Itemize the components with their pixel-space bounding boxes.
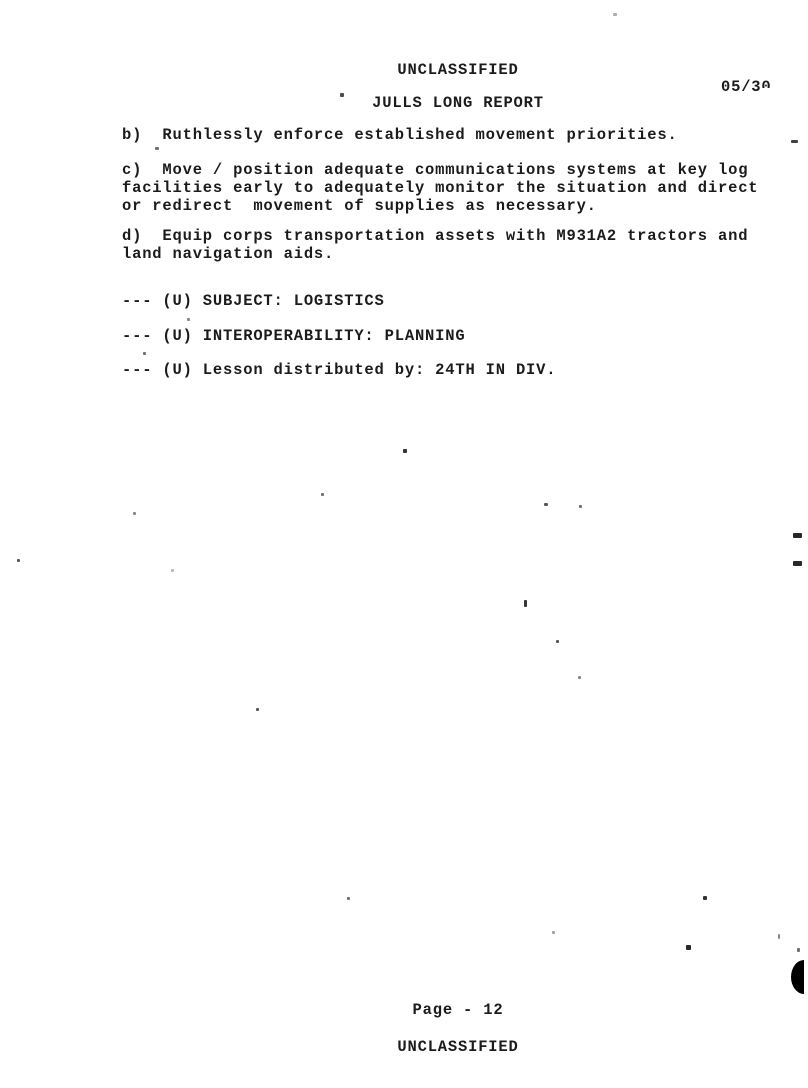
scan-speck: [791, 140, 798, 143]
scan-speck: [347, 897, 350, 900]
scan-speck: [579, 505, 582, 508]
scan-speck: [578, 676, 581, 679]
scan-speck: [524, 600, 527, 607]
scan-speck: [793, 561, 802, 566]
scan-speck: [703, 896, 707, 900]
scan-edge-blob-artifact: [791, 960, 804, 994]
scan-speck: [797, 948, 800, 952]
scan-speck: [793, 533, 802, 538]
scan-speck: [256, 708, 259, 711]
scan-speck: [552, 931, 555, 934]
scan-speck: [778, 934, 780, 939]
scan-speck: [133, 512, 136, 515]
scan-speck: [556, 640, 559, 643]
scan-speck: [544, 503, 548, 506]
scanned-document-page: UNCLASSIFIED 05/30 JULLS LONG REPORT b) …: [0, 0, 808, 1088]
scan-speck: [340, 93, 344, 97]
scan-speck: [321, 493, 324, 496]
scan-noise-layer: [0, 0, 808, 1088]
scan-speck: [187, 318, 190, 321]
scan-speck: [613, 13, 617, 16]
scan-speck: [155, 147, 159, 150]
scan-speck: [686, 945, 691, 950]
scan-speck: [171, 569, 174, 572]
scan-speck: [403, 449, 407, 453]
scan-speck: [17, 559, 20, 562]
scan-speck: [143, 352, 146, 355]
